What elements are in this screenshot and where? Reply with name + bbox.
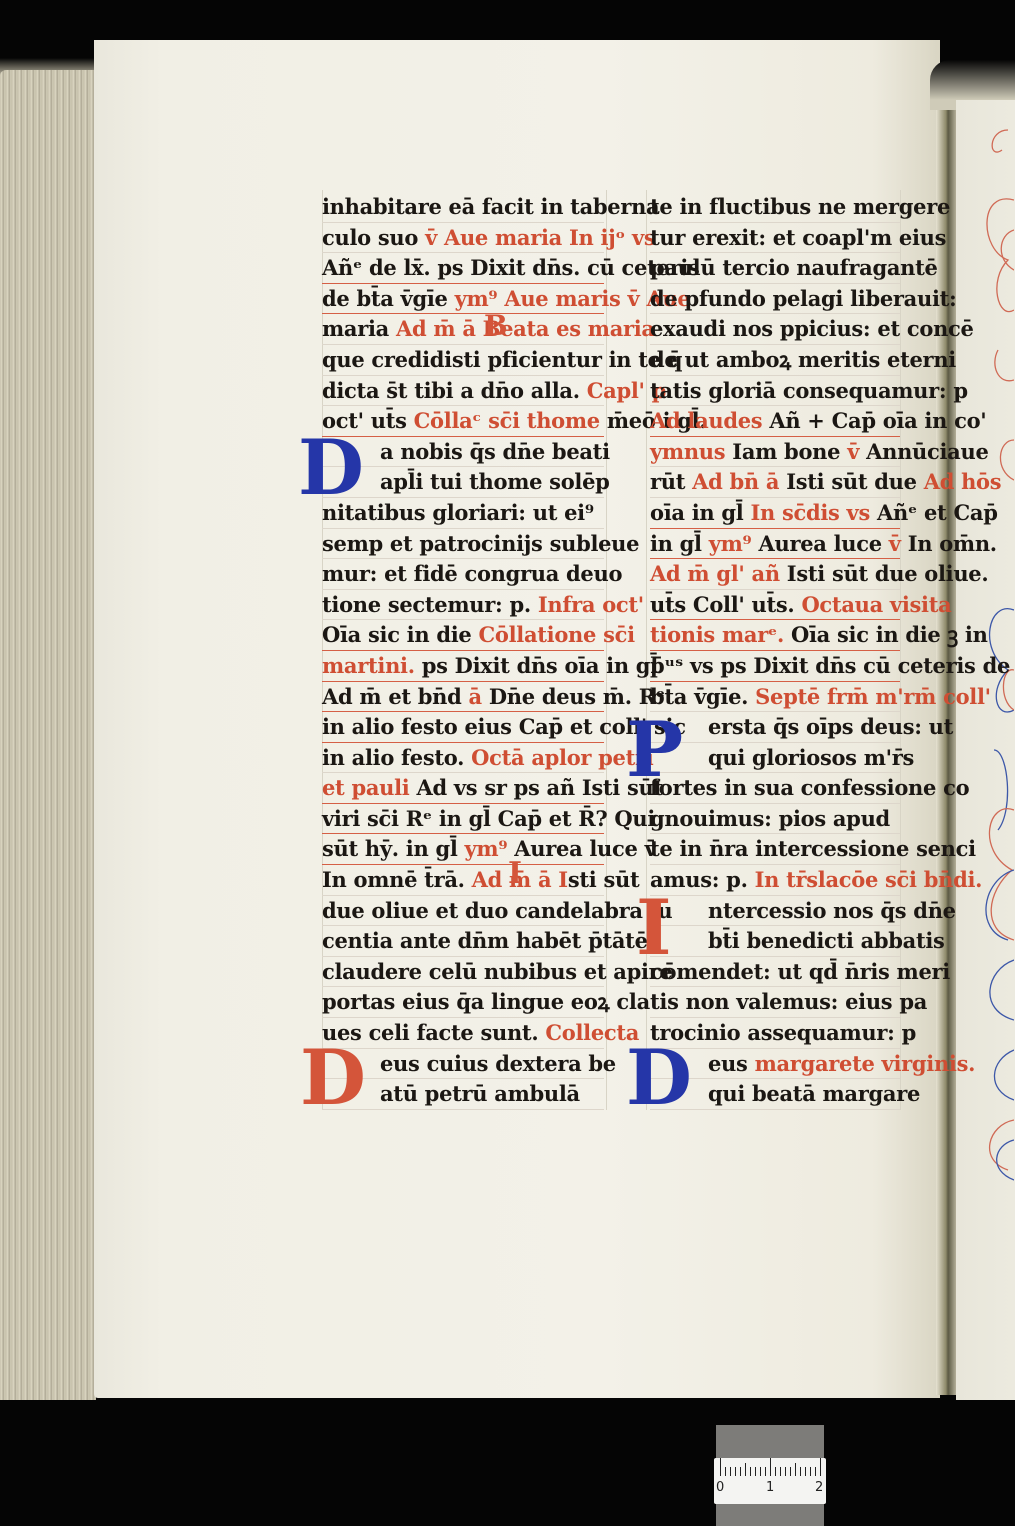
- text-line: in gl̄ ym⁹ Aurea luce v̄ In om̄n.: [650, 529, 900, 560]
- ruler-tick: [775, 1467, 776, 1476]
- ruler-tick: [785, 1467, 786, 1476]
- red-initial-d: D: [300, 1040, 366, 1116]
- text-line: culo suo v̄ Aue maria In ijᵒ vs: [322, 223, 604, 254]
- text-line: te in n̄ra intercessione senci: [650, 834, 900, 865]
- ruler-tick: [800, 1467, 801, 1476]
- text-line: tatis gloriā consequamur: p: [650, 376, 900, 407]
- text-line: nitatibus gloriari: ut ei⁹: [322, 498, 604, 529]
- ruler-label-1: 1: [766, 1480, 774, 1495]
- ruler-tick: [805, 1467, 806, 1476]
- scale-ruler: 0 1 2: [714, 1458, 826, 1504]
- text-line: Añᵉ de lx̄. ps Dixit dn̄s. cū ceteris: [322, 253, 604, 284]
- text-line: amus: p. In tr̄slacōe sc̄i bn̄di.: [650, 865, 900, 896]
- text-line: in alio festo eius Cap̄ et coll' sic: [322, 712, 604, 743]
- blue-initial-p: P: [626, 712, 683, 788]
- text-line: te in fluctibus ne mergere: [650, 192, 900, 223]
- text-line: exaudi nos ppicius: et concē: [650, 314, 900, 345]
- text-line: de ut amboꝝ meritis eterni: [650, 345, 900, 376]
- text-line: semp et patrocinijs subleue: [322, 529, 604, 560]
- right-text-column: te in fluctibus ne mergere tur erexit: e…: [650, 192, 900, 1110]
- ruler-tick: [780, 1467, 781, 1476]
- ruler-tick: [790, 1467, 791, 1476]
- ruler-tick: [795, 1463, 796, 1476]
- text-line: de pfundo pelagi liberauit:: [650, 284, 900, 315]
- ruler-label-0: 0: [716, 1480, 724, 1495]
- blue-initial-d: D: [298, 430, 364, 506]
- ruler-tick: [730, 1467, 731, 1476]
- text-line: sūt hȳ. in gl̄ ym⁹ Aurea luce v̄: [322, 834, 604, 865]
- text-line: martini. ps Dixit dn̄s oīa in gl̄: [322, 651, 604, 682]
- text-line: maria Ad m̄ ā Beata es maria: [322, 314, 604, 345]
- text-line: due oliue et duo candelabra lu: [322, 896, 604, 927]
- ruler-tick: [720, 1458, 721, 1476]
- text-line: gnouimus: pios apud: [650, 804, 900, 835]
- page-stack-fore-edge: [0, 70, 96, 1400]
- ruler-tick: [735, 1467, 736, 1476]
- text-line: centia ante dn̄m habēt p̄tātē: [322, 926, 604, 957]
- text-line: bt̄a v̄gīe. Septē frm̄ m'rm̄ coll': [650, 682, 900, 713]
- ruler-tick: [765, 1467, 766, 1476]
- text-line: p̄ᵘˢ vs ps Dixit dn̄s cū ceteris de: [650, 651, 900, 682]
- text-line: ntercessio nos q̄s dn̄e: [650, 896, 900, 927]
- text-line: tionis marᵉ. Oīa sic in die ꝫ in: [650, 620, 900, 651]
- text-line: Ad m̄ gl' añ Isti sūt due oliue.: [650, 559, 900, 590]
- text-line: qui gloriosos m'r̄s: [650, 743, 900, 774]
- text-line: in alio festo. Octā aplor petri: [322, 743, 604, 774]
- left-text-column: inhabitare eā facit in taberna culo suo …: [322, 192, 604, 1110]
- ruler-tick: [745, 1463, 746, 1476]
- text-line: fortes in sua confessione co: [650, 773, 900, 804]
- ruler-tick: [750, 1467, 751, 1476]
- blue-initial-d: D: [626, 1040, 692, 1116]
- red-initial-i: I: [636, 890, 672, 966]
- text-line: dicta s̄t tibi a dn̄o alla. Capl' p: [322, 376, 604, 407]
- text-line: Ad laudes Añ + Cap̄ oīa in co': [650, 406, 900, 437]
- ruler-tick: [810, 1467, 811, 1476]
- red-initial-i: I: [508, 859, 522, 889]
- text-line: cōmendet: ut qd̄ n̄ris meri: [650, 957, 900, 988]
- text-line: In omnē t̄rā. Ad m̄ ā Isti sūt: [322, 865, 604, 896]
- text-line: et pauli Ad vs sr ps añ Isti sūt: [322, 773, 604, 804]
- text-line: tis non valemus: eius pa: [650, 987, 900, 1018]
- text-line: tione sectemur: p. Infra oct': [322, 590, 604, 621]
- text-line: apl̄i tui thome solēp: [322, 467, 604, 498]
- ruler-tick: [725, 1467, 726, 1476]
- text-line: claudere celū nubibus et apire: [322, 957, 604, 988]
- text-line: oct' ut̄s Cōllaᶜ sc̄i thome m̄eō i gl̄.: [322, 406, 604, 437]
- red-initial-b: B: [484, 312, 508, 340]
- text-line: Ad m̄ et bn̄d ā Dn̄e deus m̄. Rᵉ: [322, 682, 604, 713]
- text-line: de bt̄a v̄gīe ym⁹ Aue maris v̄ Aue: [322, 284, 604, 315]
- text-line: tur erexit: et coapl'm eius: [650, 223, 900, 254]
- text-line: rūt Ad bn̄ ā Isti sūt due Ad hōs: [650, 467, 900, 498]
- text-line: que credidisti pficientur in te q̄: [322, 345, 604, 376]
- text-line: viri sc̄i Rᵉ in gl̄ Cap̄ et R̄? Qui: [322, 804, 604, 835]
- ruler-tick: [760, 1467, 761, 1476]
- ruler-label-2: 2: [815, 1480, 823, 1495]
- text-line: Oīa sic in die Cōllatione sc̄i: [322, 620, 604, 651]
- text-line: ymnus Iam bone v̄ Annūciaue: [650, 437, 900, 468]
- ruler-tick: [740, 1467, 741, 1476]
- text-line: oīa in gl̄ In sc̄dis vs Añᵉ et Cap̄: [650, 498, 900, 529]
- ruler-tick: [815, 1467, 816, 1476]
- text-line: portas eius q̄a lingue eoꝝ cla: [322, 987, 604, 1018]
- text-line: ersta q̄s oīps deus: ut: [650, 712, 900, 743]
- ruler-tick: [770, 1458, 771, 1476]
- text-line: inhabitare eā facit in taberna: [322, 192, 604, 223]
- text-line: a nobis q̄s dn̄e beati: [322, 437, 604, 468]
- text-line: paulū tercio naufragantē: [650, 253, 900, 284]
- text-line: mur: et fidē congrua deuo: [322, 559, 604, 590]
- ruler-tick: [820, 1458, 821, 1476]
- ruler-tick: [755, 1467, 756, 1476]
- text-line: bt̄i benedicti abbatis: [650, 926, 900, 957]
- text-line: ut̄s Coll' ut̄s. Octaua visita: [650, 590, 900, 621]
